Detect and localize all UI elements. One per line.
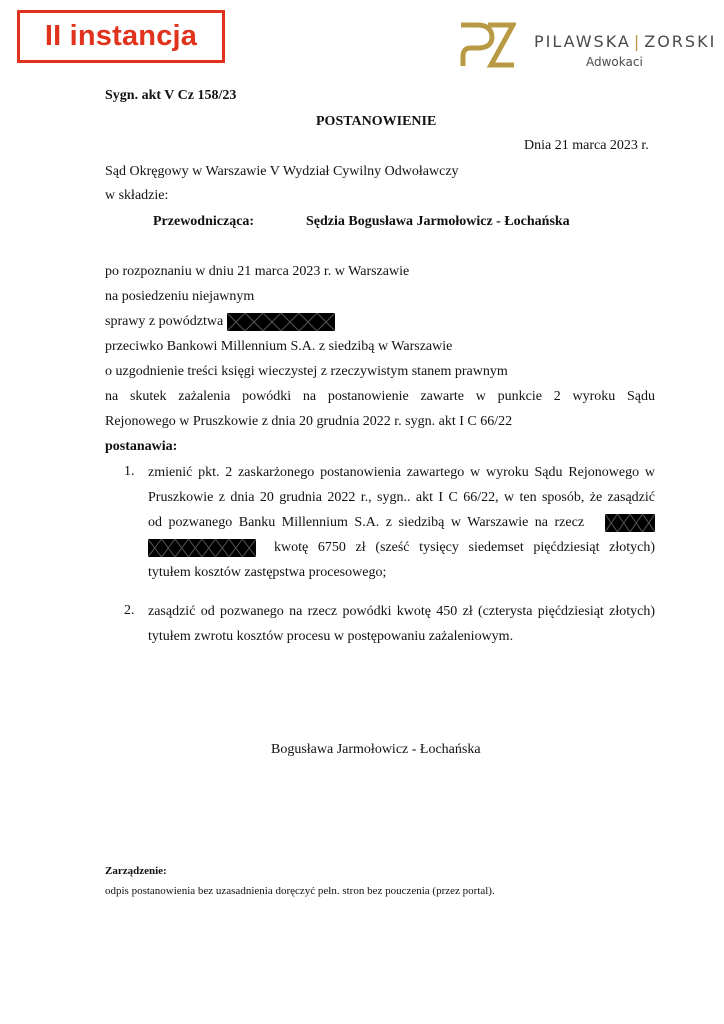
decides-label: postanawia:: [105, 438, 177, 456]
plaintiff-label: sprawy z powództwa: [105, 314, 223, 329]
item-1-line: zmienić pkt. 2 zaskarżonego postanowieni…: [148, 464, 655, 482]
law-firm-logo: PILAWSKA|ZORSKI Adwokaci: [458, 22, 708, 72]
item-number: 1.: [124, 464, 135, 480]
pz-logo-icon: [458, 22, 516, 68]
document-date: Dnia 21 marca 2023 r.: [524, 137, 649, 155]
item-1-line: od pozwanego Banku Millennium S.A. z sie…: [148, 514, 655, 532]
redacted-plaintiff-name: [605, 514, 655, 532]
firm-name: PILAWSKA|ZORSKI: [534, 32, 716, 51]
text-line: o uzgodnienie treści księgi wieczystej z…: [105, 363, 508, 381]
text-line: po rozpoznaniu w dniu 21 marca 2023 r. w…: [105, 263, 409, 281]
order-label: Zarządzenie:: [105, 862, 167, 880]
order-text: odpis postanowienia bez uzasadnienia dor…: [105, 882, 495, 900]
case-signature: Sygn. akt V Cz 158/23: [105, 87, 236, 105]
text-line: sprawy z powództwa: [105, 313, 335, 331]
text-line: przeciwko Bankowi Millennium S.A. z sied…: [105, 338, 452, 356]
redacted-plaintiff-surname: [148, 539, 256, 557]
instance-badge: II instancja: [17, 10, 225, 63]
text-line: na posiedzeniu niejawnym: [105, 288, 254, 306]
item-2-line: tytułem zwrotu kosztów procesu w postępo…: [148, 628, 513, 646]
text-line: Rejonowego w Pruszkowie z dnia 20 grudni…: [105, 413, 512, 431]
presiding-judge: Sędzia Bogusława Jarmołowicz - Łochańska: [306, 213, 570, 231]
item-2-line: zasądzić od pozwanego na rzecz powódki k…: [148, 603, 655, 621]
item-number: 2.: [124, 603, 135, 619]
redacted-plaintiff: [227, 313, 335, 331]
presiding-label: Przewodnicząca:: [153, 213, 254, 231]
judge-signature: Bogusława Jarmołowicz - Łochańska: [271, 741, 481, 759]
composition-label: w składzie:: [105, 187, 168, 205]
item-1-line: kwotę 6750 zł (sześć tysięcy siedemset p…: [148, 539, 655, 557]
item-1-line: Pruszkowie z dnia 20 grudnia 2022 r., sy…: [148, 489, 655, 507]
item-1-line: tytułem kosztów zastępstwa procesowego;: [148, 564, 386, 582]
court-name: Sąd Okręgowy w Warszawie V Wydział Cywil…: [105, 163, 459, 181]
text-line: na skutek zażalenia powódki na postanowi…: [105, 388, 655, 406]
firm-subtitle: Adwokaci: [586, 55, 643, 69]
document-title: POSTANOWIENIE: [316, 113, 436, 131]
